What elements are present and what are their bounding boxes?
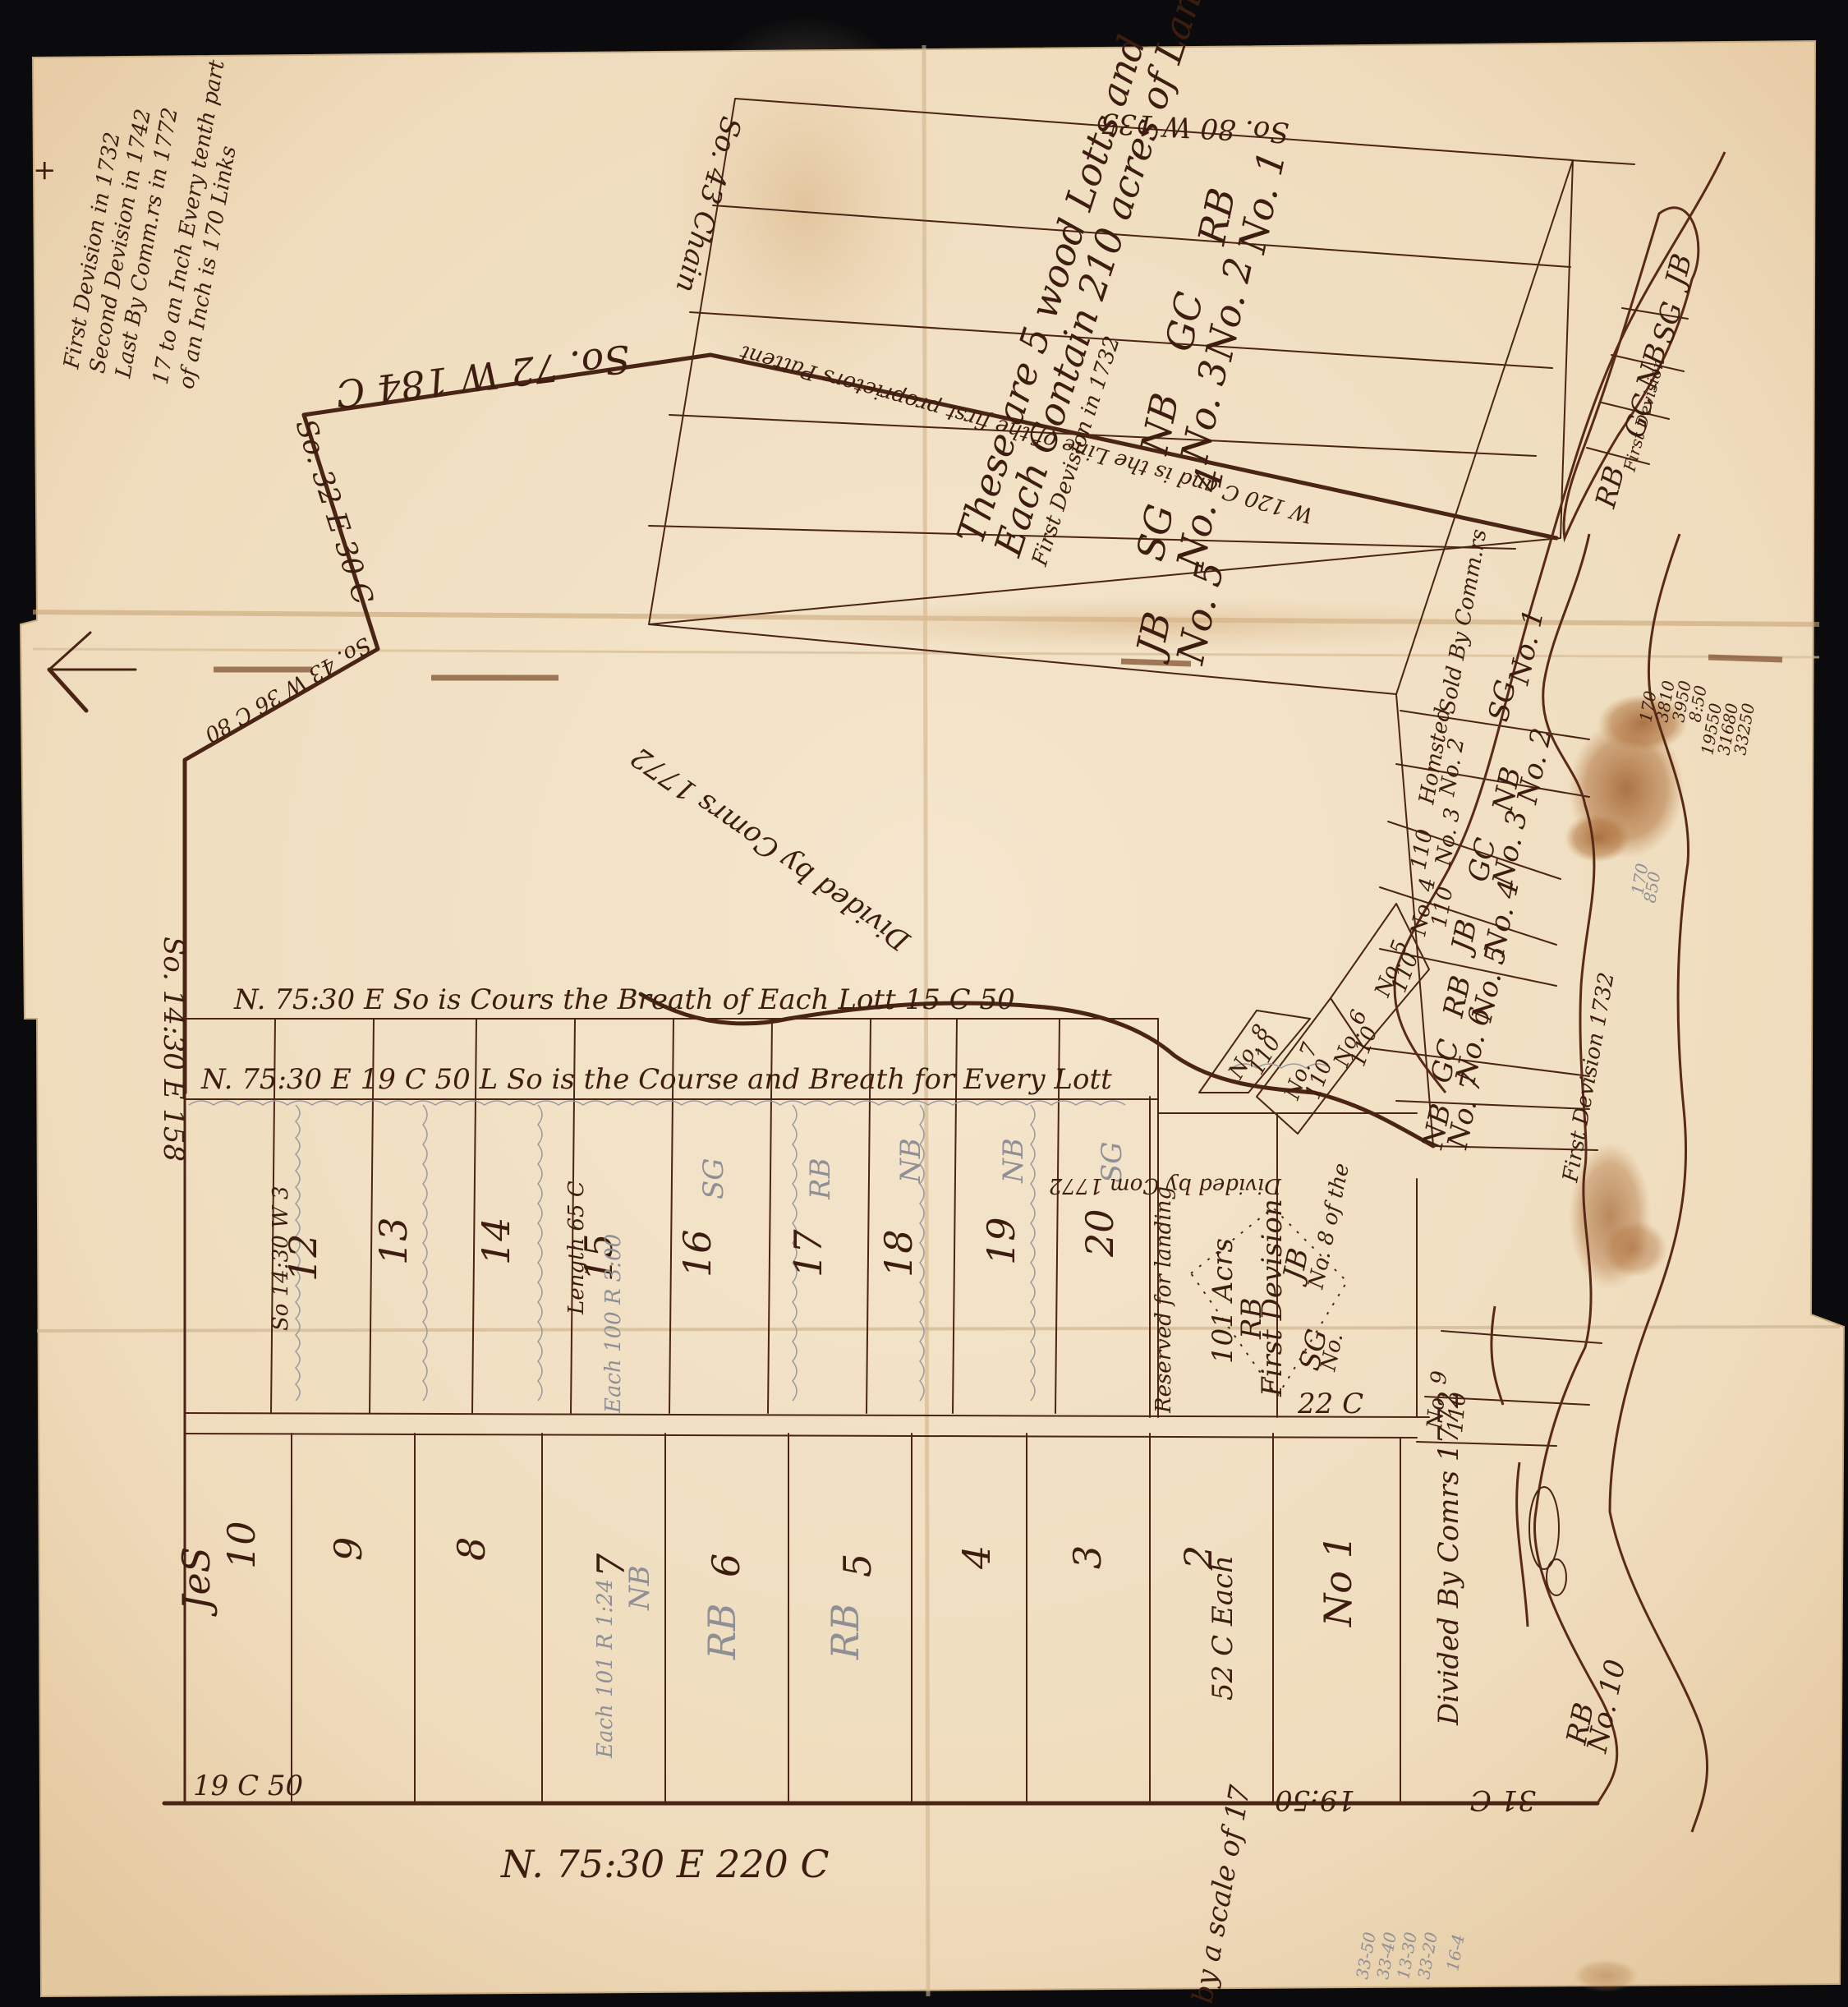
pencil-note: Each 101 R 1:24 <box>593 1579 618 1759</box>
lot-number: 6 <box>704 1554 748 1577</box>
lot-note: JeS <box>174 1547 218 1617</box>
course-line-1: N. 75:30 E So is Cours the Breath of Eac… <box>233 983 1015 1016</box>
bearing-south-right: 31 C <box>1470 1784 1536 1816</box>
lot-number: No 1 <box>1316 1535 1360 1627</box>
lot-note: RB <box>700 1604 744 1660</box>
left-length: 19 C 50 <box>193 1770 303 1802</box>
parcel-label-owner: RB <box>1235 1297 1268 1340</box>
lot-number: 4 <box>954 1545 999 1570</box>
cross-mark: + <box>33 154 57 186</box>
lot-note: So 14:30 W 3 <box>269 1186 293 1331</box>
lot-number: 9 <box>326 1537 370 1561</box>
pencil-note: Each 100 R 3:00 <box>601 1234 626 1414</box>
parcel-label-acres: 101 Acrs <box>1207 1238 1239 1364</box>
course-line-2: N. 75:30 E 19 C 50 L So is the Course an… <box>200 1063 1112 1096</box>
map-scan: First Devision in 1732 Second Devision i… <box>0 0 1848 2007</box>
parcel-label-landing: Reserved for landing <box>1152 1186 1176 1414</box>
lot-number: 16 <box>675 1229 719 1277</box>
lot-note: 52 C Each <box>1207 1555 1239 1701</box>
lot-number: 14 <box>474 1217 518 1265</box>
lot-note: NB <box>623 1565 656 1611</box>
lot-note: NB <box>894 1138 927 1184</box>
bearing-south-mid: 19:50 <box>1275 1784 1355 1816</box>
lot-number: 18 <box>876 1229 921 1277</box>
river-lot-number: 110 <box>1443 1392 1471 1434</box>
lot-note: RB <box>804 1158 837 1200</box>
lot-number: 3 <box>1065 1545 1110 1569</box>
bearing-south-side: N. 75:30 E 220 C <box>500 1842 830 1886</box>
lot-number: 19 <box>979 1217 1023 1265</box>
lot-note: RB <box>823 1604 867 1660</box>
bearing-west-side: So. 14:30 E 158 <box>157 937 190 1162</box>
parcel-label-length: 22 C <box>1297 1388 1363 1420</box>
lot-number: 17 <box>786 1229 830 1277</box>
lot-note: NB <box>997 1138 1030 1184</box>
lot-number: 5 <box>835 1554 880 1577</box>
lot-number: 13 <box>371 1217 416 1265</box>
lot-number: 20 <box>1078 1208 1122 1258</box>
lot-number: 8 <box>449 1537 494 1561</box>
lot-number: 10 <box>219 1521 264 1569</box>
lower-divided-note: Divided By Comrs 1772 <box>1432 1391 1465 1726</box>
lot-note: SG <box>697 1158 730 1199</box>
lot-note: Length 65 C <box>564 1181 589 1315</box>
